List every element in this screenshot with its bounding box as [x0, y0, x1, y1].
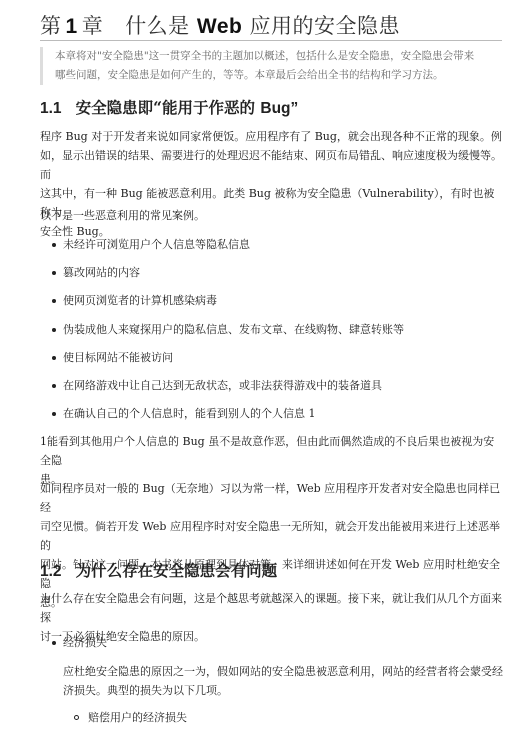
chapter-number: 1 — [66, 15, 78, 38]
section-heading-1-1: 1.1安全隐患即“能用于作恶的 Bug” — [40, 97, 298, 120]
list-item: 使网页浏览者的计算机感染病毒 — [40, 291, 502, 319]
section-heading-1-2: 1.2为什么存在安全隐患会有问题 — [40, 560, 277, 583]
section-title: 安全隐患即“能用于作恶的 — [76, 98, 255, 117]
section-number: 1.2 — [40, 563, 62, 580]
abstract-line: 哪些问题，安全隐患是如何产生的，等等。本章最后会给出全书的结构和学习方法。 — [55, 66, 510, 85]
paragraph-line: 为什么存在安全隐患会有问题，这是个越思考就越深入的课题。接下来，就让我们从几个方… — [40, 589, 502, 627]
paragraph-line: 如，显示出错误的结果、需要进行的处理迟迟不能结束、网页布局错乱、响应速度极为缓慢… — [40, 146, 502, 184]
chapter-prefix: 第 — [40, 14, 62, 38]
paragraph-line: 如同程序员对一般的 Bug（无奈地）习以为常一样，Web 应用程序开发者对安全隐… — [40, 479, 502, 517]
paragraph-cases-intro: 以下是一些恶意利用的常见案例。 — [40, 206, 502, 225]
list-item: 伪装成他人来窥探用户的隐私信息、发布文章、在线购物、肆意转账等 — [40, 320, 502, 348]
cases-list: 未经许可浏览用户个人信息等隐私信息 篡改网站的内容 使网页浏览者的计算机感染病毒… — [40, 235, 502, 432]
paragraph-line: 济损失。典型的损失为以下几项。 — [63, 681, 503, 700]
chapter-title: 第1章什么是 Web 应用的安全隐患 — [40, 12, 502, 41]
section-title-bug: Bug” — [260, 100, 298, 117]
paragraph-line: 司空见惯。倘若开发 Web 应用程序时对安全隐患一无所知，就会开发出能被用来进行… — [40, 517, 502, 555]
chapter-title-post: 应用的安全隐患 — [250, 14, 401, 38]
reason-economic-loss: 经济损失 — [63, 633, 107, 652]
paragraph-line: 程序 Bug 对于开发者来说如同家常便饭。应用程序有了 Bug，就会出现各种不正… — [40, 127, 502, 146]
section-title: 为什么存在安全隐患会有问题 — [76, 561, 278, 580]
chapter-title-web: Web — [197, 15, 242, 38]
paragraph-line: 1能看到其他用户个人信息的 Bug 虽不是故意作恶，但由此而偶然造成的不良后果也… — [40, 432, 502, 470]
chapter-title-pre: 什么是 — [125, 14, 190, 38]
list-item: 未经许可浏览用户个人信息等隐私信息 — [40, 235, 502, 263]
sub-list-item: 赔偿用户的经济损失 — [88, 708, 187, 727]
paragraph-line: 应杜绝安全隐患的原因之一为，假如网站的安全隐患被恶意利用，网站的经营者将会蒙受经 — [63, 662, 503, 681]
paragraph-line: 讨一下必须杜绝安全隐患的原因。 — [40, 627, 502, 646]
list-item: 在网络游戏中让自己达到无敌状态，或非法获得游戏中的装备道具 — [40, 376, 502, 404]
chapter-abstract: 本章将对"安全隐患"这一贯穿全书的主题加以概述，包括什么是安全隐患，安全隐患会带… — [40, 47, 510, 85]
reason-economic-loss-desc: 应杜绝安全隐患的原因之一为，假如网站的安全隐患被恶意利用，网站的经营者将会蒙受经… — [63, 662, 503, 700]
list-item: 使目标网站不能被访问 — [40, 348, 502, 376]
abstract-line: 本章将对"安全隐患"这一贯穿全书的主题加以概述，包括什么是安全隐患，安全隐患会带… — [55, 47, 510, 66]
paragraph-why-intro: 为什么存在安全隐患会有问题，这是个越思考就越深入的课题。接下来，就让我们从几个方… — [40, 589, 502, 646]
section-number: 1.1 — [40, 100, 62, 117]
chapter-suffix: 章 — [82, 14, 104, 38]
list-item: 在确认自己的个人信息时，能看到别人的个人信息 1 — [40, 404, 502, 432]
list-item: 篡改网站的内容 — [40, 263, 502, 291]
